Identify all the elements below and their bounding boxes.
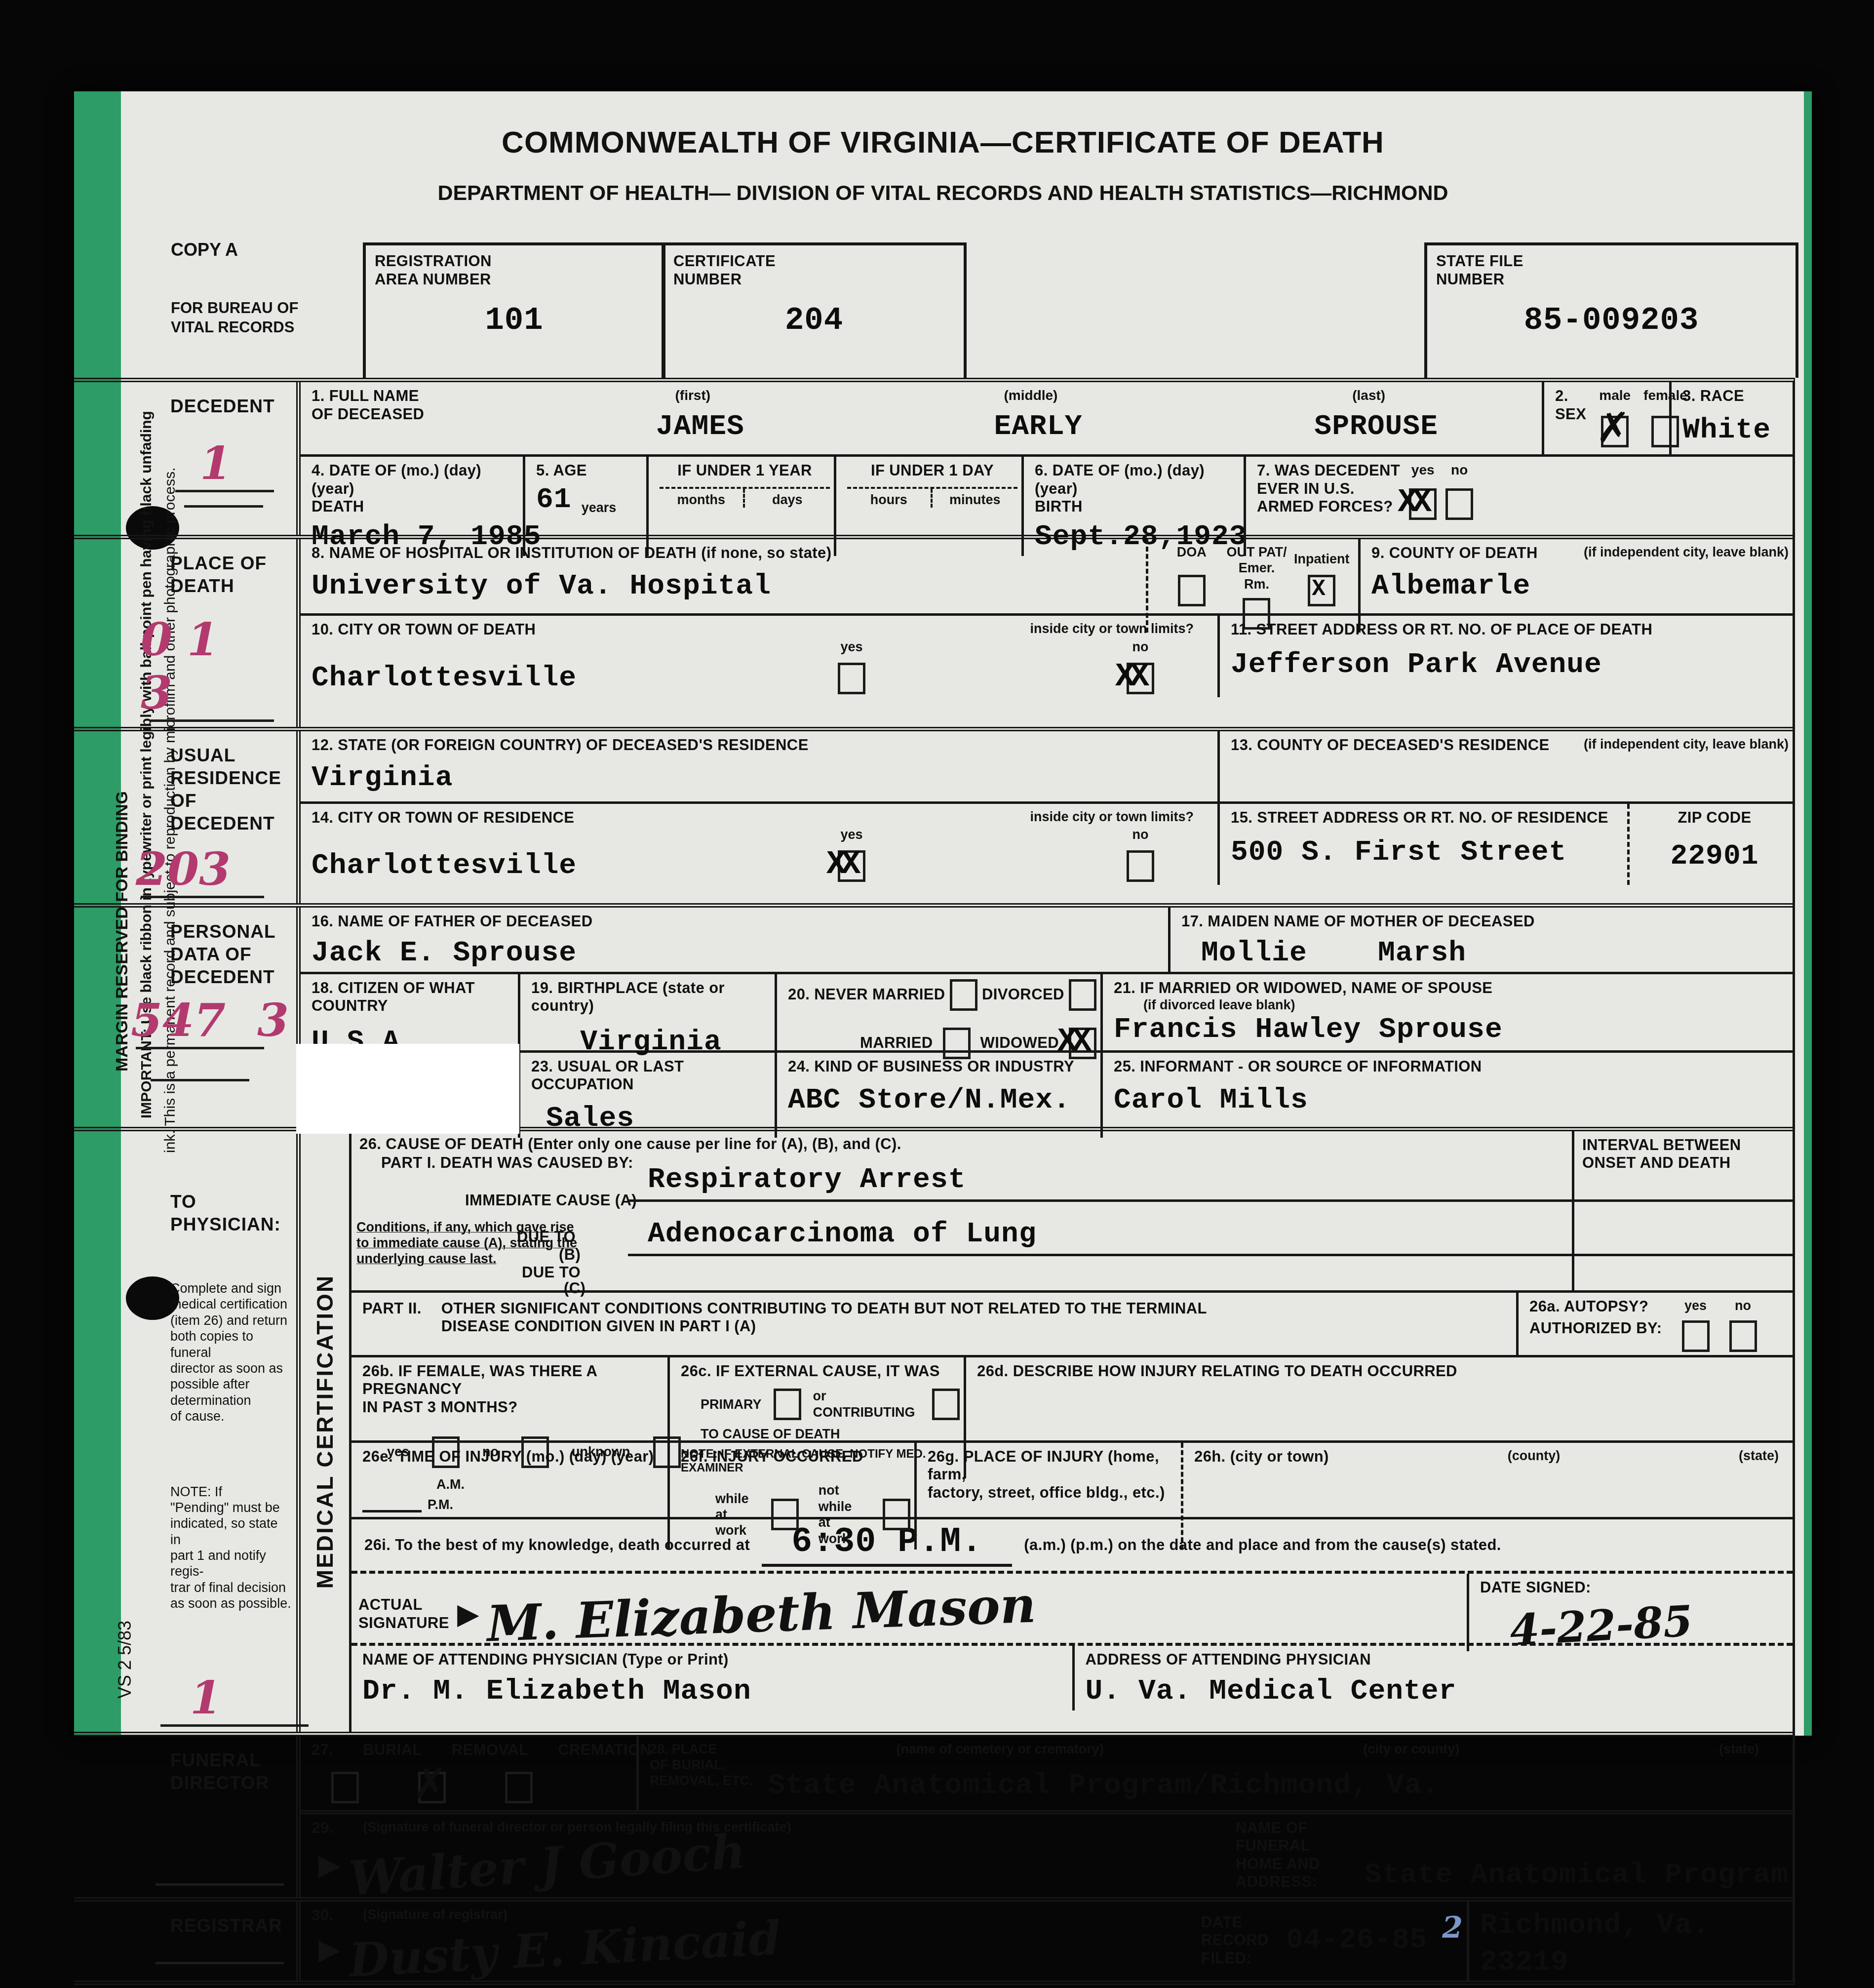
autopsy-no-checkbox <box>1729 1320 1757 1352</box>
state-of-residence-value: Virginia <box>312 762 1213 794</box>
form-grid: DECEDENT 1 1. FULL NAME OF DECEASED (fir… <box>74 378 1795 1985</box>
while-at-work-checkbox <box>771 1499 799 1530</box>
informant-value: Carol Mills <box>1114 1084 1789 1116</box>
certificate-title: COMMONWEALTH OF VIRGINIA—CERTIFICATE OF … <box>74 125 1812 160</box>
residence-limits-yes-mark: XX <box>826 846 856 883</box>
mother-value: Mollie Marsh <box>1201 937 1789 969</box>
interval-column: INTERVAL BETWEEN ONSET AND DEATH <box>1572 1131 1793 1290</box>
decedent-side-label: DECEDENT 1 <box>74 382 296 535</box>
decedent-red-code: 1 <box>200 437 291 490</box>
medical-certification-band: TO PHYSICIAN: Complete and sign medical … <box>74 1127 1793 1732</box>
sex-male-checkbox: ✗ <box>1601 416 1629 447</box>
occupation-field: 23. USUAL OR LAST OCCUPATION Sales <box>518 1053 775 1138</box>
armed-forces-yes-mark: XX <box>1398 484 1427 521</box>
marital-status-field: 20. NEVER MARRIEDDIVORCED MARRIEDWIDOWED… <box>775 974 1100 1062</box>
age-value: 61 <box>536 484 572 516</box>
funeral-director-band: FUNERAL DIRECTOR 27.BURIALREMOVALCREMATI… <box>74 1732 1793 1897</box>
death-limits-no-mark: XX <box>1115 658 1144 695</box>
death-limits-yes-checkbox <box>838 663 865 694</box>
registrar-city-value: Richmond, Va. <box>1480 1909 1789 1942</box>
informant-field: 25. INFORMANT - OR SOURCE OF INFORMATION… <box>1100 1053 1793 1138</box>
zip-field: ZIP CODE 22901 <box>1627 804 1793 885</box>
doa-checkbox <box>1178 575 1206 606</box>
street-of-residence-value: 500 S. First Street <box>1231 836 1623 869</box>
cause-of-death-field: 26. CAUSE OF DEATH (Enter only one cause… <box>351 1131 1793 1290</box>
middle-name: EARLY <box>862 411 1200 443</box>
physician-address-field: ADDRESS OF ATTENDING PHYSICIAN U. Va. Me… <box>1072 1646 1793 1711</box>
divorced-checkbox <box>1069 979 1096 1011</box>
birthplace-field: 19. BIRTHPLACE (state or country) Virgin… <box>518 974 775 1062</box>
spouse-value: Francis Hawley Sprouse <box>1114 1014 1789 1046</box>
business-value: ABC Store/N.Mex. <box>788 1084 1096 1116</box>
father-field: 16. NAME OF FATHER OF DECEASED Jack E. S… <box>301 908 1168 973</box>
state-file-number: 85-009203 <box>1436 303 1787 339</box>
header: COMMONWEALTH OF VIRGINIA—CERTIFICATE OF … <box>74 91 1812 378</box>
funeral-director-signature-field: 29.(Signature of funeral director or per… <box>301 1814 1225 1897</box>
registrar-band: REGISTRAR 30.(Signature of registrar) ▶ … <box>74 1897 1793 1981</box>
mother-field: 17. MAIDEN NAME OF MOTHER OF DECEASED Mo… <box>1168 908 1793 973</box>
personal-red-code: 547 3 <box>131 994 291 1047</box>
personal-data-band: PERSONAL DATA OF DECEDENT 547 3 16. NAME… <box>74 903 1793 1127</box>
race-value: White <box>1682 414 1789 446</box>
injury-row-2: 26e. TIME OF INJURY (mo.) (day) (year) A… <box>351 1440 1793 1517</box>
never-married-checkbox <box>950 979 977 1011</box>
registration-area-box: REGISTRATION AREA NUMBER 101 <box>363 242 665 378</box>
time-of-injury-field: 26e. TIME OF INJURY (mo.) (day) (year) A… <box>351 1443 667 1550</box>
state-file-box: STATE FILE NUMBER 85-009203 <box>1424 242 1798 378</box>
autopsy-field: 26a. AUTOPSY?AUTHORIZED BY: yes no <box>1516 1293 1793 1355</box>
registrar-side-label: REGISTRAR <box>74 1902 296 1981</box>
physician-info-row: NAME OF ATTENDING PHYSICIAN (Type or Pri… <box>351 1643 1793 1709</box>
physician-name-field: NAME OF ATTENDING PHYSICIAN (Type or Pri… <box>351 1646 1072 1711</box>
registrar-zip-value: 23219 <box>1480 1947 1789 1979</box>
physician-red-code: 1 <box>190 1671 291 1724</box>
physician-signature-field: ACTUAL SIGNATURE ▶ M. Elizabeth Mason <box>351 1574 1467 1652</box>
burial-checkbox <box>331 1772 359 1803</box>
street-of-death-value: Jefferson Park Avenue <box>1231 649 1789 681</box>
full-name-field: 1. FULL NAME OF DECEASED (first)JAMES (m… <box>301 382 1542 454</box>
county-of-death-value: Albemarle <box>1371 570 1789 602</box>
disposition-field: 27.BURIALREMOVALCREMATION ✗ <box>301 1736 636 1810</box>
part2-row: PART II. OTHER SIGNIFICANT CONDITIONS CO… <box>351 1290 1793 1355</box>
primary-checkbox <box>774 1389 801 1420</box>
residence-red-code: 203 <box>136 842 291 896</box>
physician-side-label: TO PHYSICIAN: Complete and sign medical … <box>74 1131 296 1732</box>
arrow-icon: ▶ <box>457 1600 479 1629</box>
bureau-label: FOR BUREAU OF VITAL RECORDS <box>171 299 298 337</box>
funeral-home-value: State Anatomical Program <box>1365 1859 1789 1891</box>
medical-certification-strip: MEDICAL CERTIFICATION <box>296 1131 351 1732</box>
city-of-death-value: Charlottesville <box>312 662 577 694</box>
decedent-band: DECEDENT 1 1. FULL NAME OF DECEASED (fir… <box>74 382 1793 535</box>
funeral-side-label: FUNERAL DIRECTOR <box>74 1736 296 1897</box>
redaction-box <box>296 1044 519 1134</box>
due-to-b-value: Adenocarcinoma of Lung <box>648 1218 1037 1250</box>
funeral-home-field: NAME OF FUNERAL HOME AND ADDRESS: State … <box>1225 1814 1793 1897</box>
certificate-subtitle: DEPARTMENT OF HEALTH— DIVISION OF VITAL … <box>74 181 1812 205</box>
hospital-value: University of Va. Hospital <box>312 570 1142 602</box>
copy-label: COPY A <box>171 239 238 260</box>
registration-area-number: 101 <box>375 303 654 339</box>
injury-location-field: 26h. (city or town) (county) (state) <box>1181 1443 1793 1550</box>
certificate-number-box: CERTIFICATE NUMBER 204 <box>662 242 967 378</box>
removal-checkbox: ✗ <box>418 1772 446 1803</box>
place-red-code: 01 3 <box>141 613 291 719</box>
certificate-number: 204 <box>673 303 955 339</box>
date-signed-field: DATE SIGNED: 4-22-85 <box>1467 1574 1793 1652</box>
armed-forces-yes-checkbox: XX <box>1409 488 1437 520</box>
sex-field: 2. SEX male ✗ female <box>1542 382 1669 454</box>
place-of-death-band: PLACE OF DEATH 01 3 8. NAME OF HOSPITAL … <box>74 535 1793 727</box>
physician-signature-row: ACTUAL SIGNATURE ▶ M. Elizabeth Mason DA… <box>351 1571 1793 1643</box>
part2-field: PART II. OTHER SIGNIFICANT CONDITIONS CO… <box>351 1293 1516 1355</box>
residence-limits-yes-checkbox: XX <box>838 850 865 882</box>
registrar-address-field: Richmond, Va. 23219 <box>1467 1902 1793 1982</box>
date-filed-value: 04-26-85 <box>1286 1924 1427 1956</box>
county-of-residence-field: 13. COUNTY OF DECEASED'S RESIDENCE(if in… <box>1217 731 1793 801</box>
state-of-residence-field: 12. STATE (OR FOREIGN COUNTRY) OF DECEAS… <box>301 731 1217 801</box>
city-of-residence-value: Charlottesville <box>312 850 577 882</box>
death-limits-no-checkbox: XX <box>1127 663 1154 694</box>
place-of-injury-field: 26g. PLACE OF INJURY (home, farm, factor… <box>914 1443 1181 1550</box>
spouse-field: 21. IF MARRIED OR WIDOWED, NAME OF SPOUS… <box>1100 974 1793 1062</box>
arrow-icon: ▶ <box>318 1935 341 1964</box>
city-of-residence-field: 14. CITY OR TOWN OF RESIDENCEinside city… <box>301 804 1217 885</box>
immediate-cause-value: Respiratory Arrest <box>648 1164 966 1196</box>
place-of-death-side-label: PLACE OF DEATH 01 3 <box>74 539 296 727</box>
injury-occurred-field: 26f. INJURY OCCURRED while at work not w… <box>667 1443 914 1550</box>
occupation-value: Sales <box>546 1103 771 1135</box>
personal-side-label: PERSONAL DATA OF DECEDENT 547 3 <box>74 908 296 1127</box>
autopsy-yes-checkbox <box>1682 1320 1710 1352</box>
residence-limits-no-checkbox <box>1127 850 1154 882</box>
armed-forces-no-checkbox <box>1445 488 1473 520</box>
father-value: Jack E. Sprouse <box>312 937 1164 969</box>
arrow-icon: ▶ <box>318 1851 341 1879</box>
physician-name-value: Dr. M. Elizabeth Mason <box>362 1675 1068 1708</box>
street-of-residence-field: 15. STREET ADDRESS OR RT. NO. OF RESIDEN… <box>1217 804 1627 885</box>
place-of-burial-value: State Anatomical Program/Richmond, Va. <box>768 1770 1789 1802</box>
race-field: 3. RACE White <box>1669 382 1793 454</box>
residence-band: USUAL RESIDENCE OF DECEDENT 203 12. STAT… <box>74 727 1793 903</box>
scanned-death-certificate: { "palette":{"paper":"#e7e8e3","green":"… <box>0 0 1874 1762</box>
city-of-death-field: 10. CITY OR TOWN OF DEATHinside city or … <box>301 616 1217 697</box>
street-of-death-field: 11. STREET ADDRESS OR RT. NO. OF PLACE O… <box>1217 616 1793 697</box>
certificate-paper: MARGIN RESERVED FOR BINDING IMPORTANT: U… <box>74 91 1812 1736</box>
business-field: 24. KIND OF BUSINESS OR INDUSTRY ABC Sto… <box>775 1053 1100 1138</box>
place-of-burial-field: 28. PLACE OF BURIAL, REMOVAL, ETC. (name… <box>636 1736 1793 1810</box>
cremation-checkbox <box>505 1772 533 1803</box>
contributing-checkbox <box>932 1389 960 1420</box>
registrar-signature-field: 30.(Signature of registrar) ▶ Dusty E. K… <box>301 1902 1190 1982</box>
zip-value: 22901 <box>1640 840 1789 873</box>
physician-address-value: U. Va. Medical Center <box>1086 1675 1789 1708</box>
not-while-at-work-checkbox <box>883 1499 910 1530</box>
date-filed-field: DATE RECORD FILED: 04-26-85 2 <box>1190 1902 1467 1982</box>
first-name: JAMES <box>524 411 862 443</box>
residence-side-label: USUAL RESIDENCE OF DECEDENT 203 <box>74 731 296 903</box>
physician-signature: M. Elizabeth Mason <box>486 1575 1037 1653</box>
inpatient-checkbox: X <box>1308 575 1335 606</box>
date-filed-annotation: 2 <box>1442 1910 1463 1945</box>
injury-row-1: 26b. IF FEMALE, WAS THERE A PREGNANCY IN… <box>351 1355 1793 1440</box>
last-name: SPROUSE <box>1200 411 1538 443</box>
